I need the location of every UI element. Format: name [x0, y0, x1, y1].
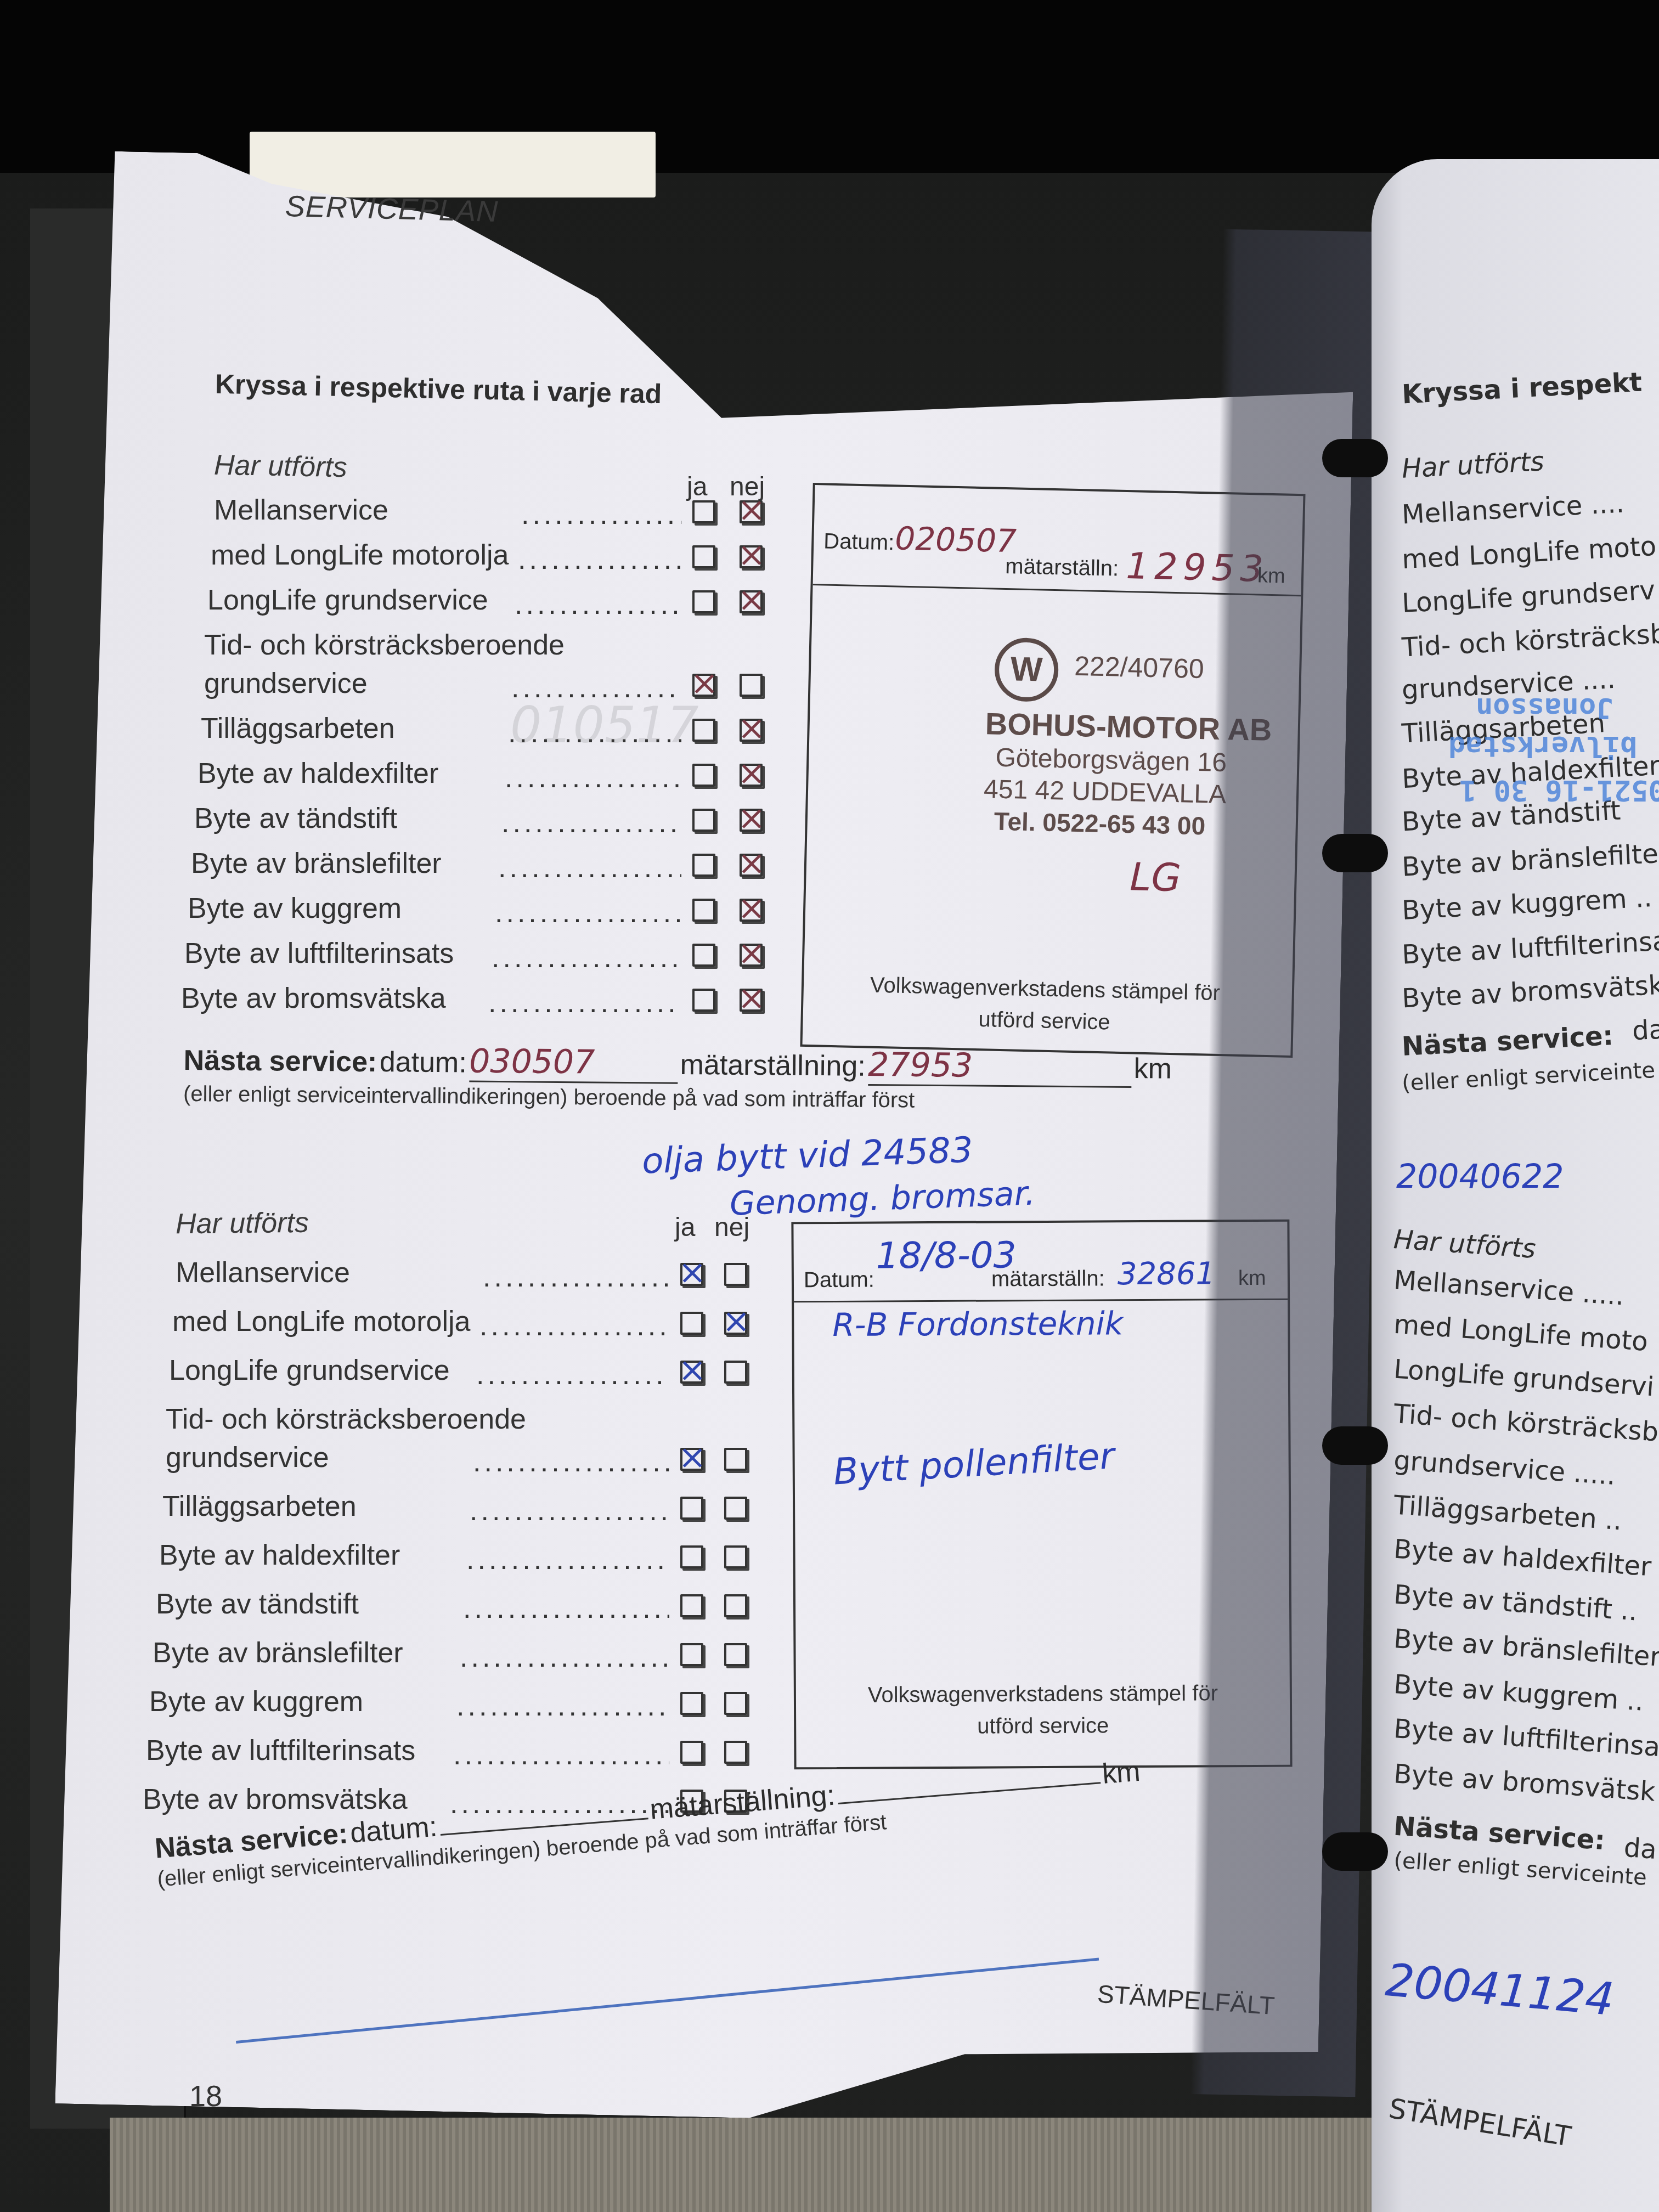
next-service-date-label: datum:: [349, 1811, 438, 1849]
leader-dots: ........................................: [501, 806, 681, 839]
stamp2-caption: Volkswagenverkstadens stämpel för utförd…: [845, 1677, 1241, 1743]
checkbox-nej[interactable]: [740, 719, 763, 742]
next-service-unit: km: [1133, 1053, 1172, 1085]
checklist-label: Mellanservice: [176, 1256, 350, 1289]
checklist-label: Byte av kuggrem: [149, 1685, 363, 1718]
checkbox-nej[interactable]: [724, 1263, 747, 1286]
binder-ring-4: [1322, 1832, 1388, 1871]
right-handwritten-date-1: 20040622: [1396, 1158, 1564, 1196]
vw-logo-icon: W: [994, 637, 1059, 703]
blue-stamp-line-2: bilverkstad: [1448, 730, 1637, 763]
checklist-label: Byte av bromsvätska: [181, 982, 446, 1015]
checkbox-nej[interactable]: [724, 1692, 747, 1715]
yes-column-label: ja: [675, 1212, 695, 1243]
checkbox-ja[interactable]: [680, 1448, 703, 1471]
checklist-label-line2: grundservice: [166, 1441, 329, 1474]
next-service-odometer-field[interactable]: 27953: [868, 1046, 1132, 1088]
leader-dots: ........................................: [479, 1310, 669, 1342]
checklist-label-line2: grundservice: [204, 667, 368, 700]
binder-ring-1: [1322, 439, 1388, 477]
leader-dots: ........................................: [483, 1261, 669, 1294]
checkbox-ja[interactable]: [692, 989, 715, 1012]
paper-tab: [250, 132, 656, 198]
checklist-label: Mellanservice: [214, 494, 388, 527]
checklist-label: Tilläggsarbeten: [201, 712, 395, 745]
checkbox-nej[interactable]: [740, 500, 763, 523]
checklist-label: Byte av bromsvätska: [143, 1783, 408, 1816]
leader-dots: ........................................: [505, 761, 681, 794]
checkbox-ja[interactable]: [680, 1312, 703, 1335]
stamp2-handwritten-workshop: R-B Fordonsteknik: [832, 1305, 1123, 1344]
checkbox-ja[interactable]: [692, 944, 715, 967]
dealer-code: 222/40760: [1074, 650, 1205, 685]
leader-dots: ........................................: [498, 851, 681, 884]
checklist-label: Byte av luftfilterinsats: [146, 1734, 415, 1767]
binder-ring-3: [1322, 1426, 1388, 1465]
checkbox-ja[interactable]: [680, 1263, 703, 1286]
dealer-city: 451 42 UDDEVALLA: [984, 774, 1227, 810]
leader-dots: ........................................: [488, 986, 681, 1019]
checkbox-ja[interactable]: [680, 1545, 703, 1568]
performed-label: Har utförts: [176, 1206, 309, 1241]
stamp1-caption: Volkswagenverkstadens stämpel för utförd…: [847, 969, 1243, 1041]
stamp1-signature: LG: [1130, 854, 1182, 900]
checkbox-nej[interactable]: [740, 590, 763, 613]
dealer-phone: Tel. 0522-65 43 00: [994, 806, 1205, 841]
checklist-label: Byte av tändstift: [156, 1588, 359, 1621]
checkbox-nej[interactable]: [724, 1741, 747, 1764]
checkbox-nej[interactable]: [724, 1545, 747, 1568]
stamp1-date-value: 020507: [895, 520, 1017, 560]
no-column-label: nej: [714, 1212, 749, 1243]
leader-dots: ........................................: [473, 1446, 669, 1479]
stamp1-odometer-label: mätarställn:: [1005, 554, 1119, 582]
next-service-date-field[interactable]: 030507: [469, 1042, 678, 1084]
checklist-label: Byte av kuggrem: [188, 892, 402, 925]
checkbox-nej[interactable]: [724, 1594, 747, 1617]
stamp2-odometer-label: mätarställn:: [991, 1266, 1105, 1291]
leader-dots: ........................................: [476, 1358, 669, 1391]
next-service-label: Nästa service:: [183, 1045, 377, 1078]
leader-dots: ........................................: [515, 588, 681, 621]
leader-dots: ........................................: [521, 498, 681, 531]
checkbox-nej[interactable]: [740, 899, 763, 922]
blue-stamp-line-3: 0521-16 30 1: [1459, 774, 1659, 806]
stamp1-date-label: Datum:: [823, 529, 895, 555]
checkbox-ja[interactable]: [692, 590, 715, 613]
page-shadow: [1190, 229, 1387, 2097]
stamp2-caption-line2: utförd service: [845, 1709, 1240, 1743]
checkbox-nej[interactable]: [724, 1497, 747, 1520]
blue-stamp-line-1: Jonasson: [1476, 691, 1613, 724]
checklist-label: Byte av tändstift: [194, 802, 397, 835]
checkbox-ja[interactable]: [692, 809, 715, 832]
performed-label: Har utförts: [213, 449, 347, 484]
checklist-label: Byte av haldexfilter: [159, 1539, 400, 1572]
stamp2-handwritten-pollen: Bytt pollenfilter: [832, 1435, 1116, 1493]
checkbox-ja[interactable]: [692, 764, 715, 787]
checkbox-nej[interactable]: [724, 1643, 747, 1666]
checkbox-ja[interactable]: [680, 1741, 703, 1764]
leader-dots: ........................................: [495, 896, 681, 929]
checkbox-nej[interactable]: [724, 1448, 747, 1471]
page-number: 18: [189, 2079, 222, 2113]
checkbox-ja[interactable]: [692, 854, 715, 877]
stamp2-date-label: Datum:: [804, 1268, 874, 1293]
checkbox-nej[interactable]: [740, 674, 763, 697]
checkbox-nej[interactable]: [740, 809, 763, 832]
right-next-service-partial: da: [1632, 1014, 1659, 1046]
checkbox-ja[interactable]: [692, 674, 715, 697]
checklist-label: med LongLife motorolja: [211, 539, 509, 572]
leader-dots: ........................................: [518, 543, 681, 576]
leader-dots: ........................................: [460, 1641, 669, 1674]
checklist-label: Byte av bränslefilter: [191, 847, 442, 880]
checklist-label: Tid- och körsträcksberoende: [204, 629, 565, 662]
dealer-street: Göteborgsvägen 16: [995, 743, 1227, 778]
checkbox-ja[interactable]: [692, 899, 715, 922]
checkbox-ja[interactable]: [680, 1361, 703, 1384]
leader-dots: ........................................: [492, 941, 681, 974]
seat-fabric: [110, 2118, 1426, 2212]
stamp2-odometer-value: 32861: [1118, 1256, 1215, 1292]
yes-column-label: ja: [687, 472, 707, 502]
checkbox-nej[interactable]: [740, 989, 763, 1012]
checkbox-ja[interactable]: [680, 1692, 703, 1715]
stamp2-caption-line1: Volkswagenverkstadens stämpel för: [845, 1677, 1240, 1711]
next-service-unit: km: [1101, 1756, 1142, 1790]
leader-dots: ........................................: [453, 1739, 669, 1771]
leader-dots: ........................................: [470, 1494, 669, 1527]
leader-dots: ........................................: [463, 1592, 669, 1625]
checklist-label: med LongLife motorolja: [172, 1305, 470, 1338]
checklist-label: Byte av bränslefilter: [153, 1637, 403, 1669]
checklist-label: LongLife grundservice: [169, 1354, 450, 1387]
next-service-row: Nästa service: datum: 030507 mätarställn…: [183, 1040, 1281, 1116]
checkbox-ja[interactable]: [680, 1643, 703, 1666]
next-service-date-label: datum:: [380, 1046, 467, 1079]
checklist-label: Tilläggsarbeten: [162, 1490, 357, 1523]
next-service-odometer-label: mätarställning:: [680, 1049, 866, 1082]
checkbox-ja[interactable]: [692, 545, 715, 568]
checklist-label: Byte av luftfilterinsats: [184, 937, 454, 970]
checkbox-nej[interactable]: [740, 545, 763, 568]
checklist-label: Tid- och körsträcksberoende: [166, 1403, 526, 1436]
binder-ring-2: [1322, 834, 1388, 872]
checkbox-nej[interactable]: [740, 944, 763, 967]
checkbox-nej[interactable]: [740, 854, 763, 877]
checkbox-ja[interactable]: [680, 1594, 703, 1617]
right-next-service-partial: da: [1623, 1832, 1658, 1865]
checklist-label: Byte av haldexfilter: [198, 757, 438, 790]
checkbox-nej[interactable]: [724, 1361, 747, 1384]
no-column-label: nej: [730, 472, 765, 502]
checkbox-ja[interactable]: [692, 500, 715, 523]
checkbox-ja[interactable]: [680, 1497, 703, 1520]
checkbox-nej[interactable]: [724, 1312, 747, 1335]
page-header: SERVICEPLAN: [285, 189, 499, 229]
checkbox-nej[interactable]: [740, 764, 763, 787]
leader-dots: ........................................: [456, 1690, 669, 1723]
leader-dots: ........................................: [466, 1543, 669, 1576]
checklist-label: LongLife grundservice: [207, 584, 488, 617]
faint-pencil-mark: 010517: [510, 697, 699, 754]
